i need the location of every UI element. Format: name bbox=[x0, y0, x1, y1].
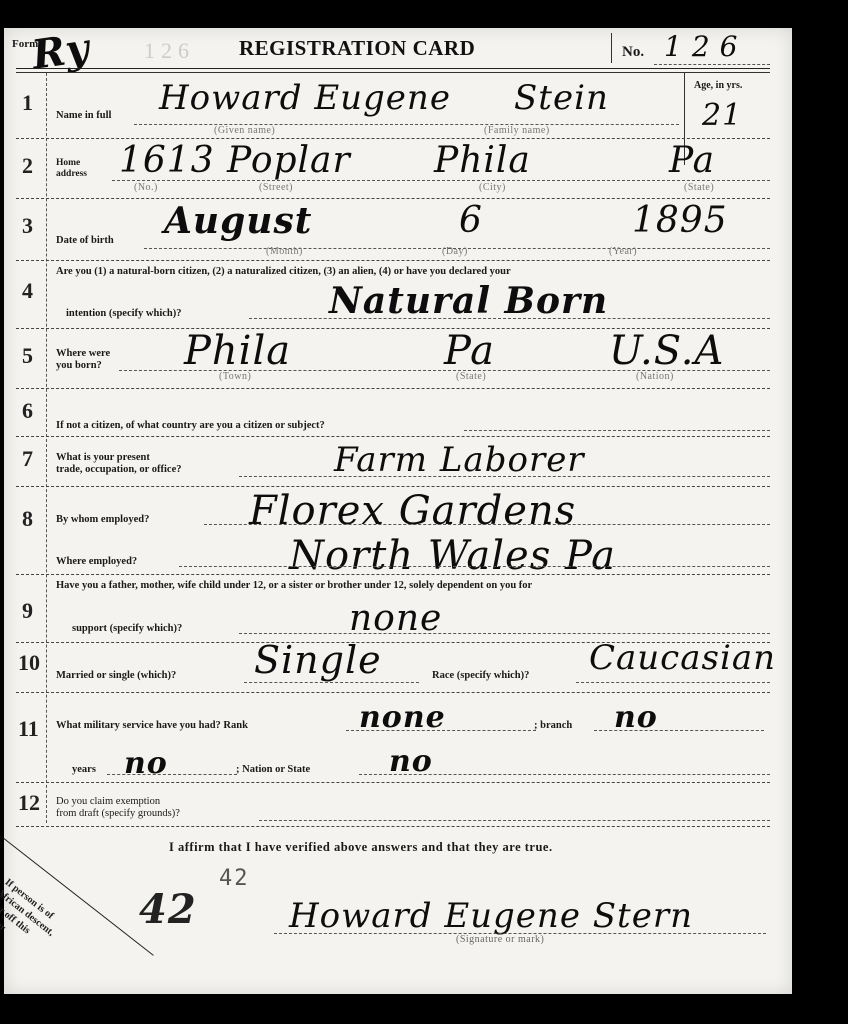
age-label: Age, in yrs. bbox=[694, 80, 742, 91]
stamp-number: 42 bbox=[219, 866, 250, 891]
number-sublabel: (No.) bbox=[134, 182, 158, 193]
field-number-11: 11 bbox=[18, 716, 39, 742]
city-sublabel: (City) bbox=[479, 182, 506, 193]
field-number-1: 1 bbox=[22, 90, 33, 116]
state-value: Pa bbox=[669, 140, 715, 181]
name-label: Name in full bbox=[56, 110, 111, 121]
citizenship-label: intention (specify which)? bbox=[66, 308, 182, 319]
year-sublabel: (Year) bbox=[609, 246, 637, 257]
birth-day-value: 6 bbox=[459, 200, 483, 241]
race-label: Race (specify which)? bbox=[432, 670, 529, 681]
annotation-mark: Ry bbox=[29, 24, 93, 79]
birth-town-value: Phila bbox=[184, 328, 291, 374]
field-number-2: 2 bbox=[22, 153, 33, 179]
registration-card: Form Ry 126 REGISTRATION CARD No. 126 1 … bbox=[4, 28, 792, 994]
signature-value: Howard Eugene Stern bbox=[289, 896, 693, 936]
field-number-5: 5 bbox=[22, 343, 33, 369]
foreign-citizenship-label: If not a citizen, of what country are yo… bbox=[56, 420, 325, 431]
employer-label: By whom employed? bbox=[56, 514, 149, 525]
field-number-8: 8 bbox=[22, 506, 33, 532]
dependents-label: support (specify which)? bbox=[72, 623, 182, 634]
street-sublabel: (Street) bbox=[259, 182, 293, 193]
marital-status-label: Married or single (which)? bbox=[56, 670, 176, 681]
town-sublabel: (Town) bbox=[219, 371, 251, 382]
citizenship-question: Are you (1) a natural-born citizen, (2) … bbox=[56, 266, 511, 277]
month-sublabel: (Month) bbox=[266, 246, 303, 257]
given-name-sublabel: (Given name) bbox=[214, 125, 275, 136]
field-number-9: 9 bbox=[22, 598, 33, 624]
card-title: REGISTRATION CARD bbox=[239, 36, 475, 61]
affirmation-text: I affirm that I have verified above answ… bbox=[169, 840, 553, 855]
handwritten-number: 42 bbox=[139, 886, 197, 933]
family-name-value: Stein bbox=[514, 78, 609, 118]
birth-state-value: Pa bbox=[444, 328, 495, 374]
dob-label: Date of birth bbox=[56, 235, 114, 246]
birthplace-label: Where wereyou born? bbox=[56, 348, 110, 372]
military-service-label: What military service have you had? Rank bbox=[56, 720, 248, 731]
exemption-label: Do you claim exemptionfrom draft (specif… bbox=[56, 796, 180, 820]
city-value: Phila bbox=[434, 140, 531, 181]
citizenship-value: Natural Born bbox=[329, 280, 608, 322]
branch-label: ; branch bbox=[534, 720, 572, 731]
street-value: 1613 Poplar bbox=[119, 140, 351, 181]
years-value: no bbox=[124, 746, 168, 781]
home-address-label: Homeaddress bbox=[56, 158, 87, 180]
signature-sublabel: (Signature or mark) bbox=[456, 934, 544, 945]
field-number-6: 6 bbox=[22, 398, 33, 424]
field-number-4: 4 bbox=[22, 278, 33, 304]
nation-sublabel: (Nation) bbox=[636, 371, 674, 382]
faint-stamp: 126 bbox=[144, 38, 195, 64]
birth-nation-value: U.S.A bbox=[609, 328, 724, 374]
number-label: No. bbox=[622, 44, 644, 61]
field-number-3: 3 bbox=[22, 213, 33, 239]
state-sublabel-5: (State) bbox=[456, 371, 486, 382]
years-label: years bbox=[72, 764, 96, 775]
nation-or-state-label: ; Nation or State bbox=[236, 764, 310, 775]
occupation-label: What is your presenttrade, occupation, o… bbox=[56, 452, 182, 476]
dependents-question: Have you a father, mother, wife child un… bbox=[56, 580, 532, 591]
field-number-10: 10 bbox=[18, 650, 40, 676]
employer-value: Florex Gardens bbox=[249, 488, 576, 534]
marital-status-value: Single bbox=[254, 638, 382, 682]
occupation-value: Farm Laborer bbox=[334, 440, 585, 480]
race-value: Caucasian bbox=[589, 638, 776, 678]
field-number-7: 7 bbox=[22, 446, 33, 472]
card-number: 126 bbox=[664, 30, 747, 63]
corner-note: If person is of African descent, tear of… bbox=[0, 876, 65, 960]
given-name-value: Howard Eugene bbox=[159, 78, 451, 118]
birth-month-value: August bbox=[164, 200, 312, 242]
family-name-sublabel: (Family name) bbox=[484, 125, 550, 136]
state-sublabel: (State) bbox=[684, 182, 714, 193]
day-sublabel: (Day) bbox=[442, 246, 468, 257]
work-location-value: North Wales Pa bbox=[289, 533, 616, 579]
age-value: 21 bbox=[702, 98, 742, 133]
birth-year-value: 1895 bbox=[632, 200, 728, 241]
work-location-label: Where employed? bbox=[56, 556, 137, 567]
field-number-12: 12 bbox=[18, 790, 40, 816]
